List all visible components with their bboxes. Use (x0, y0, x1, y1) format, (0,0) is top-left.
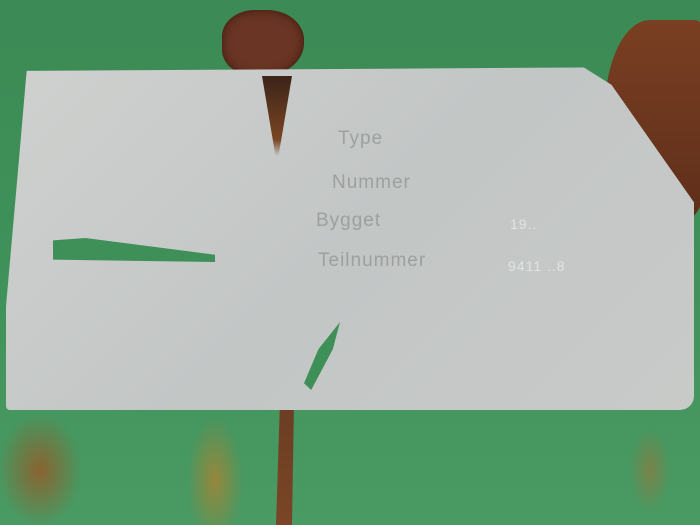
plate-label-built: Bygget (316, 210, 381, 232)
rust-patch-top (222, 10, 304, 76)
identification-plate (6, 64, 694, 410)
plate-label-part-number: Teilnummer (318, 250, 426, 272)
plate-label-type: Type (338, 128, 383, 150)
plate-value-part-number: 9411 ..8 (508, 258, 566, 274)
plate-value-year: 19.. (510, 216, 537, 232)
plate-label-number: Nummer (332, 172, 411, 194)
